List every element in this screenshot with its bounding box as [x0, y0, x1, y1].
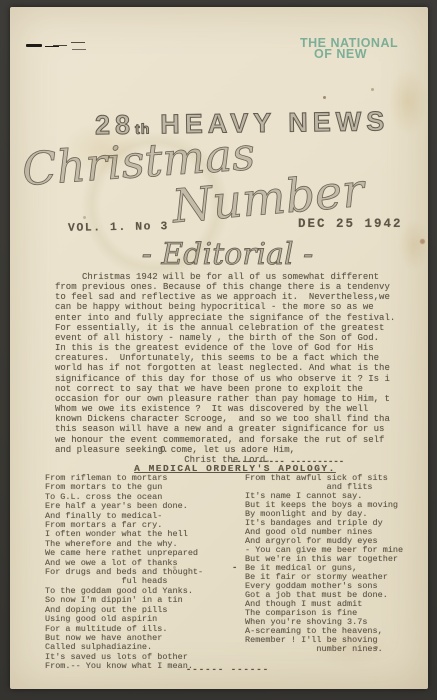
footer-divider: ------ ------	[55, 665, 400, 675]
editorial-body: Christmas 1942 will be for all of us som…	[55, 272, 405, 455]
volume-issue: VOL. 1. No 3	[68, 220, 169, 235]
library-watermark: THE NATIONAL OF NEW	[300, 38, 420, 60]
poem-right-column: From that awful sick of sits and flits I…	[245, 474, 403, 654]
poem-left-column: From rifleman to mortars From mortars to…	[45, 474, 203, 672]
watermark-line2: OF NEW	[300, 49, 420, 60]
editorial-heading: - Editorial -	[55, 237, 400, 272]
photo-background: THE NATIONAL OF NEW 28thHEAVY NEWS Chris…	[0, 0, 437, 700]
issue-date: DEC 25 1942	[298, 217, 403, 231]
document-page: THE NATIONAL OF NEW 28thHEAVY NEWS Chris…	[10, 7, 428, 689]
margin-dash: -	[232, 563, 237, 573]
ink-smudge	[26, 44, 42, 47]
paper-speck	[323, 96, 326, 99]
